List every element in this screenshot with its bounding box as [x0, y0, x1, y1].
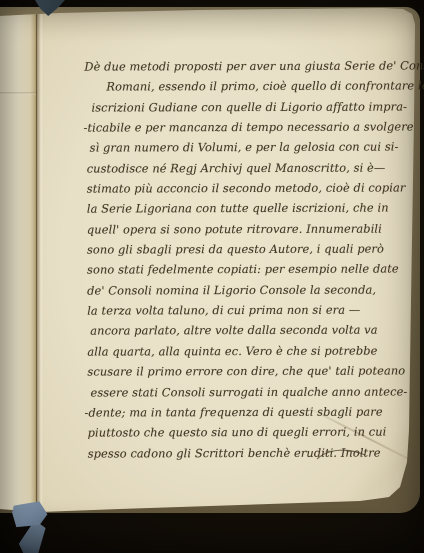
manuscript-text-block: Dè due metodi proposti per aver una gius… [83, 55, 424, 463]
manuscript-text-line: Romani, essendo il primo, cioè quello di… [106, 76, 423, 97]
manuscript-text-line: scusare il primo errore con dire, che qu… [87, 361, 424, 383]
manuscript-text-line: alla quarta, alla quinta ec. Vero è che … [87, 340, 424, 362]
manuscript-text-line: de' Consoli nomina il Ligorio Console la… [87, 279, 424, 301]
manuscript-text-line: ancora parlato, altre volte dalla second… [90, 320, 424, 342]
manuscript-text-line: sì gran numero di Volumi, e per la gelos… [90, 137, 424, 159]
manuscript-text-line: spesso cadono gli Scrittori benchè erudi… [88, 442, 424, 464]
manuscript-text-line: custodisce né Regj Archivj quel Manoscri… [87, 157, 424, 179]
manuscript-text-line: sono stati fedelmente copiati: per esemp… [87, 259, 424, 281]
manuscript-text-line: -ticabile e per mancanza di tempo necess… [84, 116, 424, 138]
manuscript-text-line: -dente; ma in tanta frequenza di questi … [84, 401, 424, 423]
pen-flourish-icon [314, 446, 368, 462]
manuscript-text-line: sono gli sbagli presi da questo Autore, … [87, 239, 424, 261]
manuscript-text-line: iscrizioni Gudiane con quelle di Ligorio… [91, 96, 423, 118]
manuscript-text-line: piuttosto che questo sia uno di quegli e… [88, 422, 424, 444]
photo-frame: Dè due metodi proposti per aver una gius… [0, 0, 424, 553]
gutter-strip [0, 0, 37, 553]
manuscript-text-line: la terza volta taluno, di cui prima non … [87, 300, 424, 322]
manuscript-text-line: Dè due metodi proposti per aver una gius… [84, 55, 423, 77]
manuscript-text-line: essere stati Consoli surrogati in qualch… [90, 381, 424, 403]
manuscript-text-line: la Serie Ligoriana con tutte quelle iscr… [87, 198, 424, 220]
binding-crease [36, 12, 43, 512]
gutter-horizontal-crease [0, 92, 36, 95]
manuscript-text-line: stimato più acconcio il secondo metodo, … [87, 177, 424, 199]
manuscript-text-line: quell' opera si sono potute ritrovare. I… [87, 218, 424, 240]
